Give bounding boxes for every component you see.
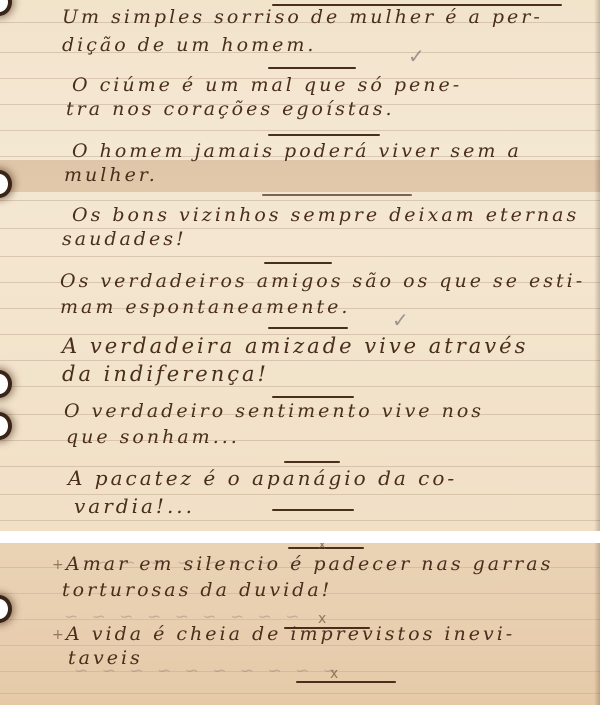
separator-line <box>296 681 396 683</box>
saying-6-line-1: A verdadeira amizade vive através <box>62 334 528 358</box>
punch-hole <box>0 0 8 12</box>
punch-hole <box>0 374 8 394</box>
punch-hole <box>0 416 8 436</box>
saying-b-line-2: taveis <box>68 647 143 669</box>
saying-1-line-2: dição de um homem. <box>62 34 316 56</box>
cross-mark-icon: x <box>330 666 338 682</box>
check-mark-icon: ✓ <box>408 44 425 68</box>
saying-5-line-2: mam espontaneamente. <box>60 296 350 318</box>
saying-4-line-2: saudades! <box>62 228 187 250</box>
separator-line <box>264 262 332 264</box>
saying-2-line-1: O ciúme é um mal que só pene- <box>72 74 462 96</box>
saying-7-line-2: que sonham... <box>66 426 240 448</box>
cross-mark-icon: x <box>318 543 326 553</box>
page-edge-shadow <box>594 0 600 531</box>
saying-a-line-2: torturosas da duvida! <box>62 579 332 601</box>
punch-hole <box>0 599 8 619</box>
saying-5-line-1: Os verdadeiros amigos são os que se esti… <box>60 270 585 292</box>
check-mark-icon: ✓ <box>392 308 409 332</box>
separator-line <box>268 134 380 136</box>
saying-2-line-2: tra nos corações egoístas. <box>66 98 395 120</box>
separator-line <box>262 194 412 196</box>
separator-line <box>272 396 354 398</box>
saying-a-line-1: Amar em silencio é padecer nas garras <box>66 553 553 575</box>
saying-8-line-1: A pacatez é o apanágio da co- <box>68 466 457 490</box>
saying-1-line-1: Um simples sorriso de mulher é a per- <box>62 6 543 28</box>
saying-3-line-1: O homem jamais poderá viver sem a <box>72 140 522 162</box>
notebook-page-1: Um simples sorriso de mulher é a per- di… <box>0 0 600 531</box>
notebook-page-2: ~ ~ ~ ~ ~ ~ ~ ~ ~ ~ ~ ~ ~ ~ ~ ~ ~ ~ ~ ~ … <box>0 543 600 705</box>
separator-line <box>268 327 348 329</box>
saying-6-line-2: da indiferença! <box>62 362 269 386</box>
plus-marker-icon: + <box>52 557 64 573</box>
saying-b-line-1: A vida é cheia de imprevistos inevi- <box>66 623 515 645</box>
plus-marker-icon: + <box>52 627 64 643</box>
page-edge-shadow <box>594 543 600 705</box>
saying-3-line-2: mulher. <box>64 164 158 186</box>
saying-4-line-1: Os bons vizinhos sempre deixam eternas <box>72 204 579 226</box>
saying-8-line-2: vardia!... <box>74 494 195 518</box>
separator-line <box>268 67 356 69</box>
separator-line <box>284 461 340 463</box>
saying-7-line-1: O verdadeiro sentimento vive nos <box>64 400 484 422</box>
separator-line <box>272 509 354 511</box>
